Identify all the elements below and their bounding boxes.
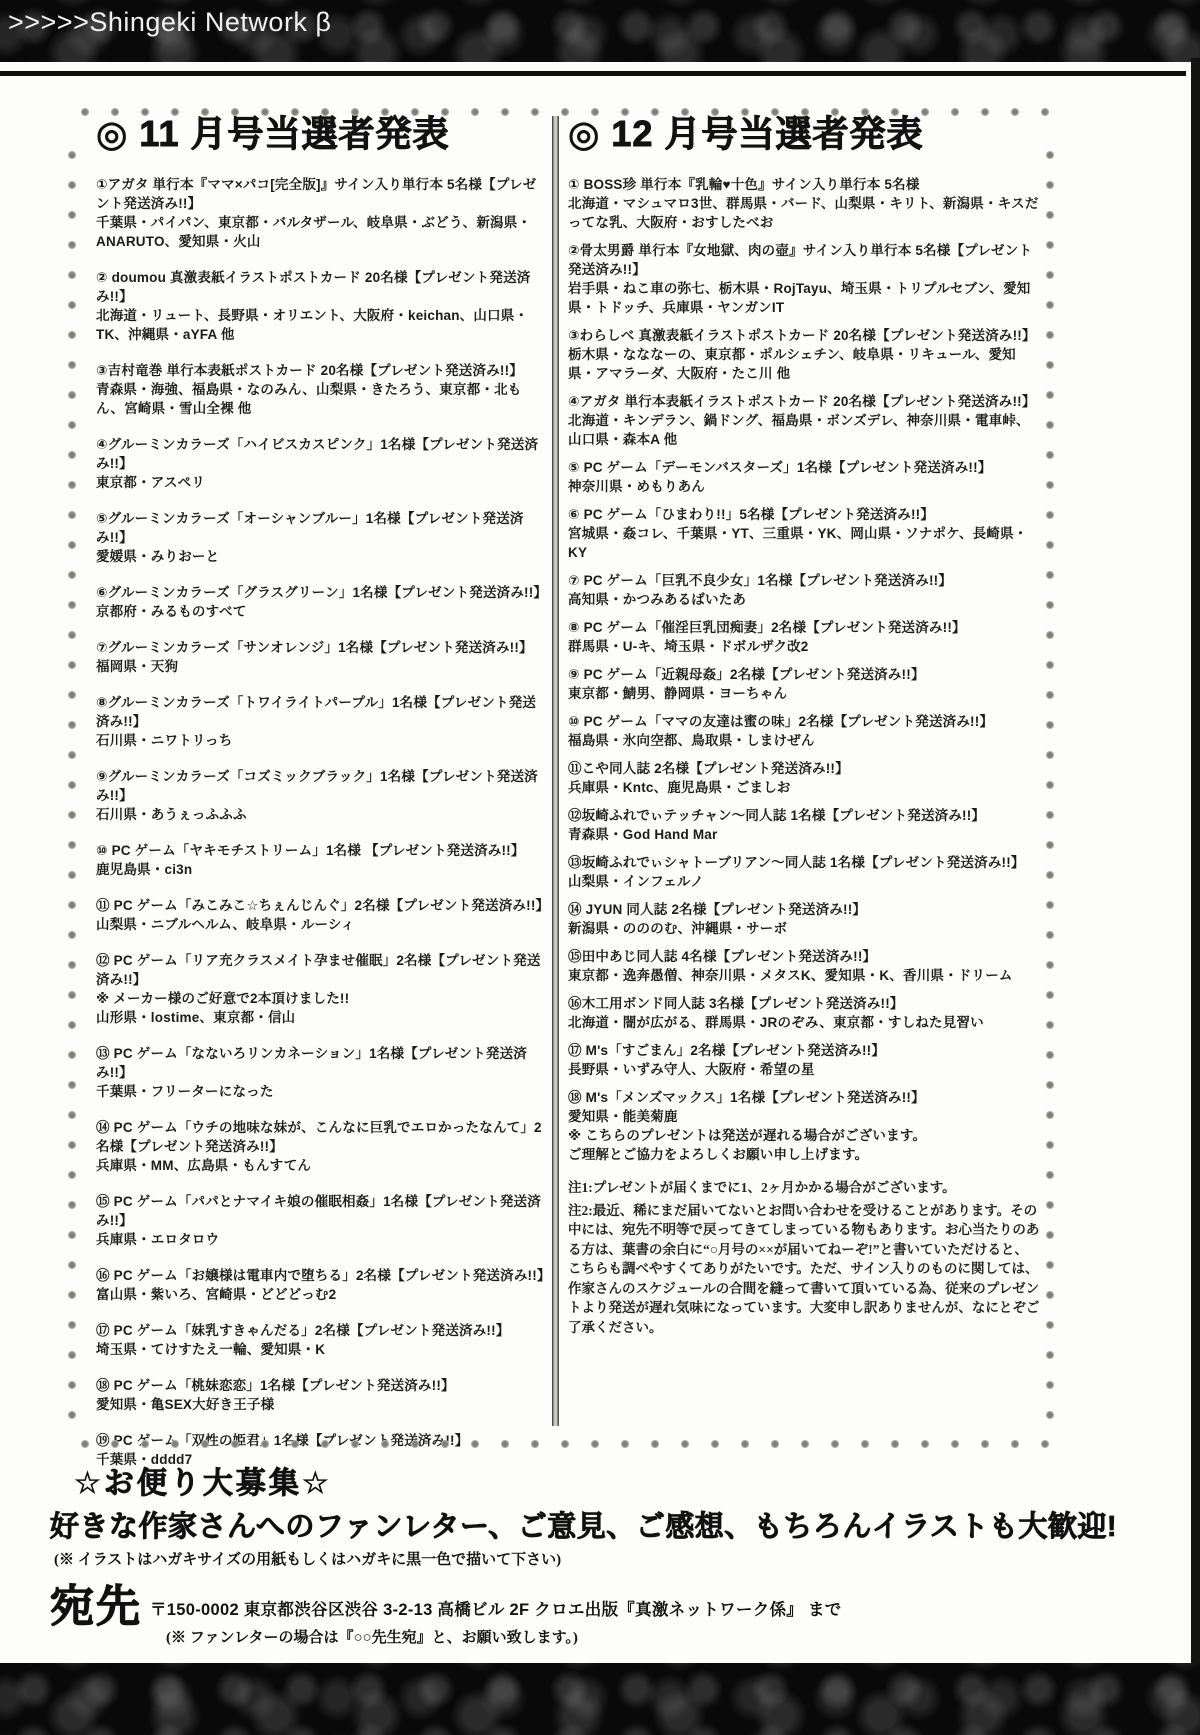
prize-item-winners: 兵庫県・Kntc、鹿児島県・ごましお <box>568 778 1040 797</box>
prize-item-postscript: ※ こちらのプレゼントは発送が遅れる場合がございます。 ご理解とご協力をよろしく… <box>568 1126 1040 1164</box>
prize-item-winners: 石川県・ニワトリっち <box>96 731 546 750</box>
prize-item-title: ⑯ PC ゲーム「お嬢様は電車内で堕ちる」2名様【プレゼント発送済み!!】 <box>96 1266 546 1285</box>
page-header-band: >>>>>Shingeki Network β <box>0 0 1200 62</box>
dotted-border-top <box>62 104 1062 120</box>
page-edge-right <box>1191 58 1200 1735</box>
prize-item-title: ⑮田中あじ同人誌 4名様【プレゼント発送済み!!】 <box>568 947 1040 966</box>
prize-item-title: ③吉村竜巻 単行本表紙ポストカード 20名様【プレゼント発送済み!!】 <box>96 361 546 380</box>
prize-item: ①アガタ 単行本『ママ×パコ[完全版]』サイン入り単行本 5名様【プレゼント発送… <box>96 175 546 251</box>
november-winners-column: ◎ 11 月号当選者発表 ①アガタ 単行本『ママ×パコ[完全版]』サイン入り単行… <box>96 112 546 1486</box>
prize-item: ⑯木工用ボンド同人誌 3名様【プレゼント発送済み!!】 北海道・闇が広がる、群馬… <box>568 994 1040 1032</box>
prize-item: ⑪ PC ゲーム「みこみこ☆ちぇんじんぐ」2名様【プレゼント発送済み!!】 山梨… <box>96 896 546 934</box>
prize-item: ⑦ PC ゲーム「巨乳不良少女」1名様【プレゼント発送済み!!】 高知県・かつみ… <box>568 571 1040 609</box>
prize-item-title: ⑤ PC ゲーム「デーモンバスターズ」1名様【プレゼント発送済み!!】 <box>568 458 1040 477</box>
prize-item-winners: 青森県・God Hand Mar <box>568 825 1040 844</box>
prize-item: ③わらしべ 真激表紙イラストポストカード 20名様【プレゼント発送済み!!】 栃… <box>568 326 1040 383</box>
prize-item-winners: 愛知県・亀SEX大好き王子様 <box>96 1395 546 1414</box>
fan-letter-call: 好きな作家さんへのファンレター、ご意見、ご感想、もちろんイラストも大歓迎! <box>50 1504 1162 1545</box>
prize-item: ⑩ PC ゲーム「ヤキモチストリーム」1名様 【プレゼント発送済み!!】 鹿児島… <box>96 841 546 879</box>
prize-item-winners: 山梨県・インフェルノ <box>568 872 1040 891</box>
prize-item-winners: 群馬県・U-キ、埼玉県・ドボルザク改2 <box>568 637 1040 656</box>
prize-item: ⑥ PC ゲーム「ひまわり!!」5名様【プレゼント発送済み!!】 宮城県・姦コレ… <box>568 505 1040 562</box>
prize-item: ⑪こや同人誌 2名様【プレゼント発送済み!!】 兵庫県・Kntc、鹿児島県・ごま… <box>568 759 1040 797</box>
prize-item: ⑮ PC ゲーム「パパとナマイキ娘の催眠相姦」1名様【プレゼント発送済み!!】 … <box>96 1192 546 1249</box>
address-body: 〒150-0002 東京都渋谷区渋谷 3-2-13 高橋ビル 2F クロエ出版『… <box>150 1585 842 1647</box>
prize-item: ⑤ PC ゲーム「デーモンバスターズ」1名様【プレゼント発送済み!!】 神奈川県… <box>568 458 1040 496</box>
prize-item: ⑮田中あじ同人誌 4名様【プレゼント発送済み!!】 東京都・逸奔愚僧、神奈川県・… <box>568 947 1040 985</box>
prize-item-note: ※ メーカー様のご好意で2本頂けました!! <box>96 989 546 1008</box>
prize-item-winners: 宮城県・姦コレ、千葉県・YT、三重県・YK、岡山県・ソナポケ、長崎県・KY <box>568 524 1040 562</box>
prize-item-title: ③わらしべ 真激表紙イラストポストカード 20名様【プレゼント発送済み!!】 <box>568 326 1040 345</box>
prize-item: ⑯ PC ゲーム「お嬢様は電車内で堕ちる」2名様【プレゼント発送済み!!】 富山… <box>96 1266 546 1304</box>
prize-item: ② doumou 真激表紙イラストポストカード 20名様【プレゼント発送済み!!… <box>96 268 546 344</box>
prize-item: ②骨太男爵 単行本『女地獄、肉の壺』サイン入り単行本 5名様【プレゼント発送済み… <box>568 241 1040 317</box>
prize-item-winners: 北海道・リュート、長野県・オリエント、大阪府・keichan、山口県・TK、沖縄… <box>96 306 546 344</box>
prize-item-winners: 東京都・鯖男、静岡県・ヨーちゃん <box>568 684 1040 703</box>
prize-item: ④アガタ 単行本表紙イラストポストカード 20名様【プレゼント発送済み!!】 北… <box>568 392 1040 449</box>
prize-item-title: ⑯木工用ボンド同人誌 3名様【プレゼント発送済み!!】 <box>568 994 1040 1013</box>
prize-item-winners: 鹿児島県・ci3n <box>96 860 546 879</box>
prize-item-title: ② doumou 真激表紙イラストポストカード 20名様【プレゼント発送済み!!… <box>96 268 546 306</box>
prize-item: ⑦グルーミンカラーズ「サンオレンジ」1名様【プレゼント発送済み!!】 福岡県・天… <box>96 638 546 676</box>
prize-item-winners: 長野県・いずみ守人、大阪府・希望の星 <box>568 1060 1040 1079</box>
prize-item-title: ⑪ PC ゲーム「みこみこ☆ちぇんじんぐ」2名様【プレゼント発送済み!!】 <box>96 896 546 915</box>
prize-item-winners: 千葉県・フリーターになった <box>96 1082 546 1101</box>
prize-item-winners: 栃木県・なななーの、東京都・ポルシェチン、岐阜県・リキュール、愛知県・アマラーダ… <box>568 345 1040 383</box>
page-footer-band <box>0 1663 1200 1735</box>
prize-item-title: ⑦グルーミンカラーズ「サンオレンジ」1名様【プレゼント発送済み!!】 <box>96 638 546 657</box>
prize-item-title: ⑩ PC ゲーム「ママの友達は蜜の味」2名様【プレゼント発送済み!!】 <box>568 712 1040 731</box>
prize-item-title: ⑬ PC ゲーム「なないろリンカネーション」1名様【プレゼント発送済み!!】 <box>96 1044 546 1082</box>
prize-item: ⑧ PC ゲーム「催淫巨乳団痴妻」2名様【プレゼント発送済み!!】 群馬県・U-… <box>568 618 1040 656</box>
prize-item: ⑭ PC ゲーム「ウチの地味な妹が、こんなに巨乳でエロかったなんて」2名様【プレ… <box>96 1118 546 1175</box>
prize-item-title: ⑰ PC ゲーム「妹乳すきゃんだる」2名様【プレゼント発送済み!!】 <box>96 1321 546 1340</box>
prize-item-title: ④グルーミンカラーズ「ハイビスカスピンク」1名様【プレゼント発送済み!!】 <box>96 435 546 473</box>
prize-item: ④グルーミンカラーズ「ハイビスカスピンク」1名様【プレゼント発送済み!!】 東京… <box>96 435 546 492</box>
prize-item-winners: 高知県・かつみあるばいたあ <box>568 590 1040 609</box>
prize-item: ⑰ M's「すごまん」2名様【プレゼント発送済み!!】 長野県・いずみ守人、大阪… <box>568 1041 1040 1079</box>
prize-item: ⑫ PC ゲーム「リア充クラスメイト孕ませ催眠」2名様【プレゼント発送済み!!】… <box>96 951 546 1027</box>
prize-item-winners: 北海道・キンデラン、鍋ドング、福島県・ボンズデレ、神奈川県・電車峠、山口県・森本… <box>568 411 1040 449</box>
prize-item-winners: 神奈川県・めもりあん <box>568 477 1040 496</box>
prize-item-winners: 北海道・闇が広がる、群馬県・JRのぞみ、東京都・すしねた見習い <box>568 1013 1040 1032</box>
prize-item-title: ⑥ PC ゲーム「ひまわり!!」5名様【プレゼント発送済み!!】 <box>568 505 1040 524</box>
prize-item-title: ⑱ M's「メンズマックス」1名様【プレゼント発送済み!!】 <box>568 1088 1040 1107</box>
prize-item-winners: 愛知県・能美菊鹿 <box>568 1107 1040 1126</box>
prize-item-winners: 山梨県・ニブルヘルム、岐阜県・ルーシィ <box>96 915 546 934</box>
prize-item-winners: 千葉県・パイパン、東京都・バルタザール、岐阜県・ぶどう、新潟県・ANARUTO、… <box>96 213 546 251</box>
magazine-page: >>>>>Shingeki Network β ◎ 11 月号当選者発表 ①アガ… <box>0 0 1200 1735</box>
dotted-border-right <box>1042 134 1058 1430</box>
fan-letter-section: ☆お便り大募集☆ 好きな作家さんへのファンレター、ご意見、ご感想、もちろんイラス… <box>50 1458 1162 1647</box>
note-paragraph: 注1:プレゼントが届くまでに1、2ヶ月かかる場合がございます。 <box>568 1178 1040 1198</box>
address-label: 宛先 <box>50 1585 142 1629</box>
prize-item-title: ① BOSS珍 単行本『乳輪♥十色』サイン入り単行本 5名様 <box>568 175 1040 194</box>
prize-item-title: ⑨グルーミンカラーズ「コズミックブラック」1名様【プレゼント発送済み!!】 <box>96 767 546 805</box>
prize-item-title: ⑦ PC ゲーム「巨乳不良少女」1名様【プレゼント発送済み!!】 <box>568 571 1040 590</box>
prize-item: ⑬坂崎ふれでぃシャトーブリアン〜同人誌 1名様【プレゼント発送済み!!】 山梨県… <box>568 853 1040 891</box>
prize-item-title: ⑫坂崎ふれでぃテッチャン〜同人誌 1名様【プレゼント発送済み!!】 <box>568 806 1040 825</box>
prize-item-title: ⑧ PC ゲーム「催淫巨乳団痴妻」2名様【プレゼント発送済み!!】 <box>568 618 1040 637</box>
dotted-border-left <box>64 134 80 1430</box>
prize-item: ⑧グルーミンカラーズ「トワイライトパープル」1名様【プレゼント発送済み!!】 石… <box>96 693 546 750</box>
prize-item-winners: 山形県・lostime、東京都・信山 <box>96 1008 546 1027</box>
prize-item: ⑬ PC ゲーム「なないろリンカネーション」1名様【プレゼント発送済み!!】 千… <box>96 1044 546 1101</box>
prize-item: ⑤グルーミンカラーズ「オーシャンブルー」1名様【プレゼント発送済み!!】 愛媛県… <box>96 509 546 566</box>
prize-item-winners: 新潟県・のののむ、沖縄県・サーボ <box>568 919 1040 938</box>
prize-item-title: ⑬坂崎ふれでぃシャトーブリアン〜同人誌 1名様【プレゼント発送済み!!】 <box>568 853 1040 872</box>
page-header-title: >>>>>Shingeki Network β <box>0 0 1200 38</box>
prize-item-title: ④アガタ 単行本表紙イラストポストカード 20名様【プレゼント発送済み!!】 <box>568 392 1040 411</box>
prize-item-title: ⑫ PC ゲーム「リア充クラスメイト孕ませ催眠」2名様【プレゼント発送済み!!】 <box>96 951 546 989</box>
fan-letter-note: (※ イラストはハガキサイズの用紙もしくはハガキに黒一色で描いて下さい) <box>54 1548 1162 1569</box>
prize-item-winners: 石川県・あうぇっふふふ <box>96 805 546 824</box>
november-prize-list: ①アガタ 単行本『ママ×パコ[完全版]』サイン入り単行本 5名様【プレゼント発送… <box>96 175 546 1469</box>
address-row: 宛先 〒150-0002 東京都渋谷区渋谷 3-2-13 高橋ビル 2F クロエ… <box>50 1585 1162 1647</box>
prize-item-title: ⑱ PC ゲーム「桃妹恋恋」1名様【プレゼント発送済み!!】 <box>96 1376 546 1395</box>
prize-item: ⑫坂崎ふれでぃテッチャン〜同人誌 1名様【プレゼント発送済み!!】 青森県・Go… <box>568 806 1040 844</box>
column-divider <box>552 116 559 1426</box>
address-line: 〒150-0002 東京都渋谷区渋谷 3-2-13 高橋ビル 2F クロエ出版『… <box>150 1596 842 1620</box>
address-note: (※ ファンレターの場合は『○○先生宛』と、お願い致します。) <box>166 1626 842 1647</box>
prize-item-winners: 福岡県・天狗 <box>96 657 546 676</box>
prize-item-title: ①アガタ 単行本『ママ×パコ[完全版]』サイン入り単行本 5名様【プレゼント発送… <box>96 175 546 213</box>
prize-item: ⑩ PC ゲーム「ママの友達は蜜の味」2名様【プレゼント発送済み!!】 福島県・… <box>568 712 1040 750</box>
dotted-border-bottom <box>62 1436 1062 1452</box>
december-winners-column: ◎ 12 月号当選者発表 ① BOSS珍 単行本『乳輪♥十色』サイン入り単行本 … <box>568 112 1040 1340</box>
december-prize-list: ① BOSS珍 単行本『乳輪♥十色』サイン入り単行本 5名様 北海道・マシュマロ… <box>568 175 1040 1164</box>
prize-item: ⑥グルーミンカラーズ「グラスグリーン」1名様【プレゼント発送済み!!】 京都府・… <box>96 583 546 621</box>
prize-item-title: ⑨ PC ゲーム「近親母姦」2名様【プレゼント発送済み!!】 <box>568 665 1040 684</box>
prize-item-winners: 東京都・アスペリ <box>96 473 546 492</box>
prize-item-winners: 東京都・逸奔愚僧、神奈川県・メタスK、愛知県・K、香川県・ドリーム <box>568 966 1040 985</box>
prize-item-title: ⑰ M's「すごまん」2名様【プレゼント発送済み!!】 <box>568 1041 1040 1060</box>
prize-item-title: ⑤グルーミンカラーズ「オーシャンブルー」1名様【プレゼント発送済み!!】 <box>96 509 546 547</box>
prize-item-title: ⑭ PC ゲーム「ウチの地味な妹が、こんなに巨乳でエロかったなんて」2名様【プレ… <box>96 1118 546 1156</box>
prize-item-title: ⑮ PC ゲーム「パパとナマイキ娘の催眠相姦」1名様【プレゼント発送済み!!】 <box>96 1192 546 1230</box>
prize-item-title: ②骨太男爵 単行本『女地獄、肉の壺』サイン入り単行本 5名様【プレゼント発送済み… <box>568 241 1040 279</box>
prize-item: ⑨グルーミンカラーズ「コズミックブラック」1名様【プレゼント発送済み!!】 石川… <box>96 767 546 824</box>
prize-item-winners: 青森県・海強、福島県・なのみん、山梨県・きたろう、東京都・北もん、宮崎県・雪山全… <box>96 380 546 418</box>
prize-item-winners: 富山県・紫いろ、宮崎県・どどどっむ2 <box>96 1285 546 1304</box>
prize-item-winners: 北海道・マシュマロ3世、群馬県・バード、山梨県・キリト、新潟県・キスだってな乳、… <box>568 194 1040 232</box>
prize-item-winners: 埼玉県・てけすたえ一輪、愛知県・K <box>96 1340 546 1359</box>
prize-item-winners: 愛媛県・みりおーと <box>96 547 546 566</box>
prize-item-winners: 兵庫県・エロタロウ <box>96 1230 546 1249</box>
prize-item-winners: 京都府・みるものすべて <box>96 602 546 621</box>
prize-item-winners: 岩手県・ねこ車の弥七、栃木県・RojTayu、埼玉県・トリプルセブン、愛知県・ト… <box>568 279 1040 317</box>
prize-item-title: ⑩ PC ゲーム「ヤキモチストリーム」1名様 【プレゼント発送済み!!】 <box>96 841 546 860</box>
prize-item-title: ⑪こや同人誌 2名様【プレゼント発送済み!!】 <box>568 759 1040 778</box>
header-rule <box>0 71 1186 76</box>
prize-item: ⑱ PC ゲーム「桃妹恋恋」1名様【プレゼント発送済み!!】 愛知県・亀SEX大… <box>96 1376 546 1414</box>
prize-item: ③吉村竜巻 単行本表紙ポストカード 20名様【プレゼント発送済み!!】 青森県・… <box>96 361 546 418</box>
prize-item: ⑭ JYUN 同人誌 2名様【プレゼント発送済み!!】 新潟県・のののむ、沖縄県… <box>568 900 1040 938</box>
note-paragraph: 注2:最近、稀にまだ届いてないとお問い合わせを受けることがあります。その中には、… <box>568 1201 1040 1338</box>
prize-item-winners: 福島県・氷向空都、鳥取県・しまけぜん <box>568 731 1040 750</box>
prize-item: ⑱ M's「メンズマックス」1名様【プレゼント発送済み!!】 愛知県・能美菊鹿 … <box>568 1088 1040 1164</box>
prize-item-winners: 兵庫県・MM、広島県・もんすてん <box>96 1156 546 1175</box>
fan-letter-heading: ☆お便り大募集☆ <box>74 1458 1162 1502</box>
prize-item-title: ⑥グルーミンカラーズ「グラスグリーン」1名様【プレゼント発送済み!!】 <box>96 583 546 602</box>
shipping-notes: 注1:プレゼントが届くまでに1、2ヶ月かかる場合がございます。注2:最近、稀にま… <box>568 1178 1040 1337</box>
prize-item-title: ⑭ JYUN 同人誌 2名様【プレゼント発送済み!!】 <box>568 900 1040 919</box>
prize-item: ⑰ PC ゲーム「妹乳すきゃんだる」2名様【プレゼント発送済み!!】 埼玉県・て… <box>96 1321 546 1359</box>
prize-item: ⑨ PC ゲーム「近親母姦」2名様【プレゼント発送済み!!】 東京都・鯖男、静岡… <box>568 665 1040 703</box>
prize-item: ① BOSS珍 単行本『乳輪♥十色』サイン入り単行本 5名様 北海道・マシュマロ… <box>568 175 1040 232</box>
prize-item-title: ⑧グルーミンカラーズ「トワイライトパープル」1名様【プレゼント発送済み!!】 <box>96 693 546 731</box>
